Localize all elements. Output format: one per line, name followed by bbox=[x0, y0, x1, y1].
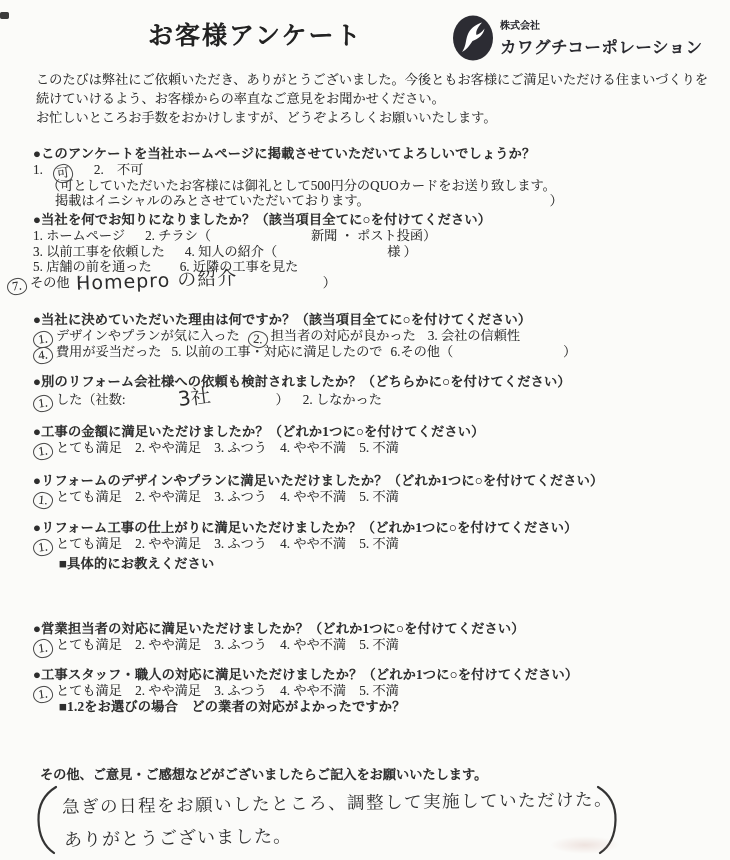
scale-labels: とても満足 2. やや満足 3. ふつう 4. やや不満 5. 不満 bbox=[56, 536, 399, 551]
hand-circle-mark: 1. bbox=[32, 491, 53, 510]
question-finish-detail-prompt: ■具体的にお教えください bbox=[33, 556, 578, 572]
question-reason: ●当社に決めていただいた理由は何ですか？（該当項目全てに○を付けてください） 1… bbox=[33, 312, 576, 359]
option-label: 3. 会社の信頼性 bbox=[428, 328, 520, 343]
question-design: ●リフォームのデザインやプランに満足いただけましたか？（どれか1つに○を付けてく… bbox=[33, 473, 603, 505]
question-staff-scale: 1.とても満足 2. やや満足 3. ふつう 4. やや不満 5. 不満 bbox=[33, 683, 578, 699]
scan-smudge bbox=[550, 836, 620, 854]
option-label: 2. しなかった bbox=[303, 392, 382, 407]
option-label: 2. 不可 bbox=[94, 162, 143, 177]
option-close-paren: ） bbox=[563, 344, 576, 359]
handwritten-company-count: 3社 bbox=[177, 388, 211, 408]
note-close-paren: ） bbox=[550, 193, 563, 208]
handwritten-open-paren bbox=[34, 784, 60, 856]
handwritten-other-source: Homepro の紹介 bbox=[76, 263, 238, 296]
hand-circle-mark: 7. bbox=[6, 277, 28, 296]
option-label: デザインやプランが気に入った bbox=[56, 328, 240, 343]
option-close-paren: ） bbox=[276, 392, 289, 407]
question-sales-title: ●営業担当者の対応に満足いただけましたか？（どれか1つに○を付けてください） bbox=[33, 621, 525, 637]
question-publish-options: 1.可2. 不可 bbox=[33, 162, 563, 178]
question-finish-title: ●リフォーム工事の仕上がりに満足いただけましたか？（どれか1つに○を付けてくださ… bbox=[33, 520, 578, 536]
option-label: その他（ bbox=[30, 275, 83, 290]
scale-labels: とても満足 2. やや満足 3. ふつう 4. やや不満 5. 不満 bbox=[56, 440, 399, 455]
option-label: 費用が妥当だった bbox=[56, 344, 162, 359]
page-title: お客様アンケート bbox=[148, 16, 363, 52]
question-staff-detail-prompt: ■1.2をお選びの場合 どの業者の対応がよかったですか？ bbox=[33, 699, 578, 715]
handwritten-comment-line2: ありがとうございました。 bbox=[64, 822, 292, 852]
question-publish-note1: （可としていただいたお客様には御礼として500円分のQUOカードをお送り致します… bbox=[33, 178, 563, 194]
option-label: 1. ホームページ bbox=[33, 228, 125, 243]
question-reason-row2: 4.費用が妥当だった5. 以前の工事・対応に満足したので6.その他（） bbox=[33, 344, 576, 360]
hand-circle-mark: 4. bbox=[32, 345, 54, 364]
intro-line: お忙しいところお手数をおかけしますが、どうぞよろしくお願いいたします。 bbox=[36, 108, 708, 127]
question-sales: ●営業担当者の対応に満足いただけましたか？（どれか1つに○を付けてください） 1… bbox=[33, 621, 525, 653]
option-label: 様 ） bbox=[387, 244, 417, 259]
question-sales-scale: 1.とても満足 2. やや満足 3. ふつう 4. やや不満 5. 不満 bbox=[33, 637, 525, 653]
handwritten-comment-line1: 急ぎの日程をお願いしたところ、調整して実施していただけた。 bbox=[62, 786, 613, 819]
scale-labels: とても満足 2. やや満足 3. ふつう 4. やや不満 5. 不満 bbox=[56, 637, 399, 652]
option-label: 2. チラシ（ bbox=[145, 228, 211, 243]
question-price-scale: 1.とても満足 2. やや満足 3. ふつう 4. やや不満 5. 不満 bbox=[33, 440, 485, 456]
question-staff-title: ●工事スタッフ・職人の対応に満足いただけましたか？（どれか1つに○を付けてくださ… bbox=[33, 667, 578, 683]
hand-circle-mark: 1. bbox=[32, 638, 54, 659]
question-price: ●工事の金額に満足いただけましたか？（どれか1つに○を付けてください） 1.とて… bbox=[33, 424, 485, 456]
question-publish-title: ●このアンケートを当社ホームページに掲載させていただいてよろしいでしょうか？ bbox=[33, 146, 563, 162]
comment-prompt: その他、ご意見・ご感想などがございましたらご記入をお願いいたします。 bbox=[40, 764, 487, 783]
question-finish: ●リフォーム工事の仕上がりに満足いただけましたか？（どれか1つに○を付けてくださ… bbox=[33, 520, 578, 571]
option-label: 担当者の対応が良かった bbox=[271, 328, 416, 343]
intro-line: 続けていけるよう、お客様からの率直なご意見をお聞かせください。 bbox=[36, 89, 708, 108]
question-staff: ●工事スタッフ・職人の対応に満足いただけましたか？（どれか1つに○を付けてくださ… bbox=[33, 667, 578, 714]
survey-scan-page: お客様アンケート 株式会社 カワグチコーポレーション このたびは弊社にご依頼いた… bbox=[0, 0, 730, 860]
question-compare: ●別のリフォーム会社様への依頼も検討されましたか？（どちらかに○を付けてください… bbox=[33, 374, 571, 406]
company-logo: 株式会社 カワグチコーポレーション bbox=[452, 14, 703, 62]
company-name-block: 株式会社 カワグチコーポレーション bbox=[500, 14, 703, 58]
question-price-title: ●工事の金額に満足いただけましたか？（どれか1つに○を付けてください） bbox=[33, 424, 485, 440]
question-compare-title: ●別のリフォーム会社様への依頼も検討されましたか？（どちらかに○を付けてください… bbox=[33, 374, 571, 390]
intro-paragraph: このたびは弊社にご依頼いただき、ありがとうございました。今後ともお客様にご満足い… bbox=[36, 70, 708, 127]
intro-line: このたびは弊社にご依頼いただき、ありがとうございました。今後ともお客様にご満足い… bbox=[36, 70, 708, 89]
hand-circle-mark: 1. bbox=[32, 538, 54, 557]
question-design-scale: 1.とても満足 2. やや満足 3. ふつう 4. やや不満 5. 不満 bbox=[33, 489, 603, 505]
scale-labels: とても満足 2. やや満足 3. ふつう 4. やや不満 5. 不満 bbox=[56, 683, 399, 698]
note-text: 掲載はイニシャルのみとさせていただいております。 bbox=[55, 193, 370, 208]
option-close-paren: ） bbox=[323, 275, 336, 290]
question-finish-scale: 1.とても満足 2. やや満足 3. ふつう 4. やや不満 5. 不満 bbox=[33, 536, 578, 552]
option-label: 4. 知人の紹介（ bbox=[185, 244, 277, 259]
question-source-row2: 3. 以前工事を依頼した4. 知人の紹介（様 ） bbox=[33, 244, 491, 260]
company-name: カワグチコーポレーション bbox=[500, 34, 703, 58]
question-design-title: ●リフォームのデザインやプランに満足いただけましたか？（どれか1つに○を付けてく… bbox=[33, 473, 603, 489]
option-number: 1. bbox=[33, 162, 43, 177]
company-logo-icon bbox=[452, 14, 494, 62]
question-source-row1: 1. ホームページ2. チラシ（新聞 ・ ポスト投函） bbox=[33, 228, 491, 244]
scale-labels: とても満足 2. やや満足 3. ふつう 4. やや不満 5. 不満 bbox=[56, 489, 399, 504]
option-label: 3. 以前工事を依頼した bbox=[33, 244, 165, 259]
question-source-title: ●当社を何でお知りになりましたか？（該当項目全てに○を付けてください） bbox=[33, 212, 491, 228]
question-publish: ●このアンケートを当社ホームページに掲載させていただいてよろしいでしょうか？ 1… bbox=[33, 146, 563, 209]
company-count-slot: 3社 bbox=[126, 390, 276, 408]
question-publish-note2: 掲載はイニシャルのみとさせていただいております。） bbox=[33, 193, 563, 209]
scan-artifact bbox=[0, 12, 9, 19]
question-reason-title: ●当社に決めていただいた理由は何ですか？（該当項目全てに○を付けてください） bbox=[33, 312, 576, 328]
hand-circle-mark: 1. bbox=[32, 442, 54, 461]
option-label: 6.その他（ bbox=[391, 344, 454, 359]
option-label: 新聞 ・ ポスト投函） bbox=[311, 228, 436, 243]
question-compare-row: 1.した（社数:3社）2. しなかった bbox=[33, 390, 571, 406]
question-reason-row1: 1.デザインやプランが気に入った2.担当者の対応が良かった3. 会社の信頼性 bbox=[33, 328, 576, 344]
company-prefix: 株式会社 bbox=[500, 17, 703, 32]
hand-circle-mark: 1. bbox=[32, 394, 54, 413]
option-label: した（社数: bbox=[56, 392, 126, 407]
option-label: 5. 以前の工事・対応に満足したので bbox=[172, 344, 383, 359]
